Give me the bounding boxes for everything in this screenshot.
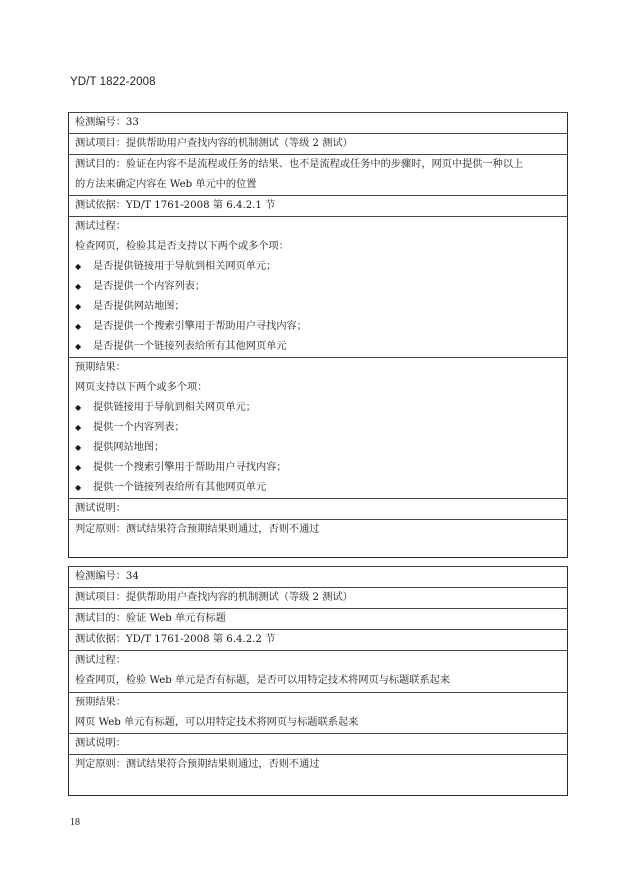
list-item: ◆提供网站地图； [75, 438, 561, 458]
test-purpose: 测试目的：验证 Web 单元有标题 [69, 609, 568, 630]
test-expected: 预期结果： 网页支持以下两个或多个项： ◆提供链接用于导航到相关网页单元； ◆提… [69, 358, 568, 499]
test-purpose: 测试目的：验证在内容不是流程或任务的结果、也不是流程或任务中的步骤时，网页中提供… [69, 155, 568, 196]
bullet-icon: ◆ [75, 458, 93, 478]
test-expected: 预期结果： 网页 Web 单元有标题，可以用特定技术将网页与标题联系起来 [69, 693, 568, 734]
page-number: 18 [70, 817, 80, 828]
list-item: ◆是否提供一个搜索引擎用于帮助用户寻找内容； [75, 317, 561, 337]
list-item: ◆是否提供网站地图； [75, 297, 561, 317]
test-item: 测试项目：提供帮助用户查找内容的机制测试（等级 2 测试） [69, 134, 568, 155]
test-table-33: 检测编号：33 测试项目：提供帮助用户查找内容的机制测试（等级 2 测试） 测试… [68, 112, 568, 558]
test-process: 测试过程： 检查网页，检验 Web 单元是否有标题，是否可以用特定技术将网页与标… [69, 651, 568, 693]
bullet-icon: ◆ [75, 478, 93, 498]
list-item: ◆提供一个搜索引擎用于帮助用户寻找内容； [75, 458, 561, 478]
process-title: 测试过程： [75, 217, 561, 237]
list-item: ◆提供一个内容列表； [75, 418, 561, 438]
expected-text: 网页 Web 单元有标题，可以用特定技术将网页与标题联系起来 [75, 713, 561, 733]
list-item: ◆提供一个链接列表给所有其他网页单元 [75, 478, 561, 498]
test-criteria: 判定原则：测试结果符合预期结果则通过，否则不通过 [69, 520, 568, 558]
bullet-icon: ◆ [75, 438, 93, 458]
list-item: ◆是否提供一个内容列表； [75, 277, 561, 297]
bullet-icon: ◆ [75, 418, 93, 438]
process-text: 检查网页，检验 Web 单元是否有标题，是否可以用特定技术将网页与标题联系起来 [75, 671, 561, 691]
expected-intro: 网页支持以下两个或多个项： [75, 378, 561, 398]
list-item: ◆提供链接用于导航到相关网页单元； [75, 398, 561, 418]
process-intro: 检查网页，检验其是否支持以下两个或多个项： [75, 237, 561, 257]
test-table-34: 检测编号：34 测试项目：提供帮助用户查找内容的机制测试（等级 2 测试） 测试… [68, 566, 568, 796]
document-header: YD/T 1822-2008 [70, 76, 156, 88]
bullet-icon: ◆ [75, 277, 93, 297]
bullet-icon: ◆ [75, 398, 93, 418]
list-item: ◆是否提供一个链接列表给所有其他网页单元 [75, 337, 561, 357]
test-id: 检测编号：34 [69, 567, 568, 588]
test-notes: 测试说明： [69, 734, 568, 755]
test-criteria: 判定原则：测试结果符合预期结果则通过，否则不通过 [69, 755, 568, 796]
expected-title: 预期结果： [75, 693, 561, 713]
list-item: ◆是否提供链接用于导航到相关网页单元； [75, 257, 561, 277]
test-notes: 测试说明： [69, 499, 568, 520]
bullet-icon: ◆ [75, 297, 93, 317]
test-item: 测试项目：提供帮助用户查找内容的机制测试（等级 2 测试） [69, 588, 568, 609]
bullet-icon: ◆ [75, 337, 93, 357]
bullet-icon: ◆ [75, 257, 93, 277]
test-basis: 测试依据：YD/T 1761-2008 第 6.4.2.1 节 [69, 196, 568, 217]
bullet-icon: ◆ [75, 317, 93, 337]
test-basis: 测试依据：YD/T 1761-2008 第 6.4.2.2 节 [69, 630, 568, 651]
expected-title: 预期结果： [75, 358, 561, 378]
test-id: 检测编号：33 [69, 113, 568, 134]
test-process: 测试过程： 检查网页，检验其是否支持以下两个或多个项： ◆是否提供链接用于导航到… [69, 217, 568, 358]
process-title: 测试过程： [75, 651, 561, 671]
